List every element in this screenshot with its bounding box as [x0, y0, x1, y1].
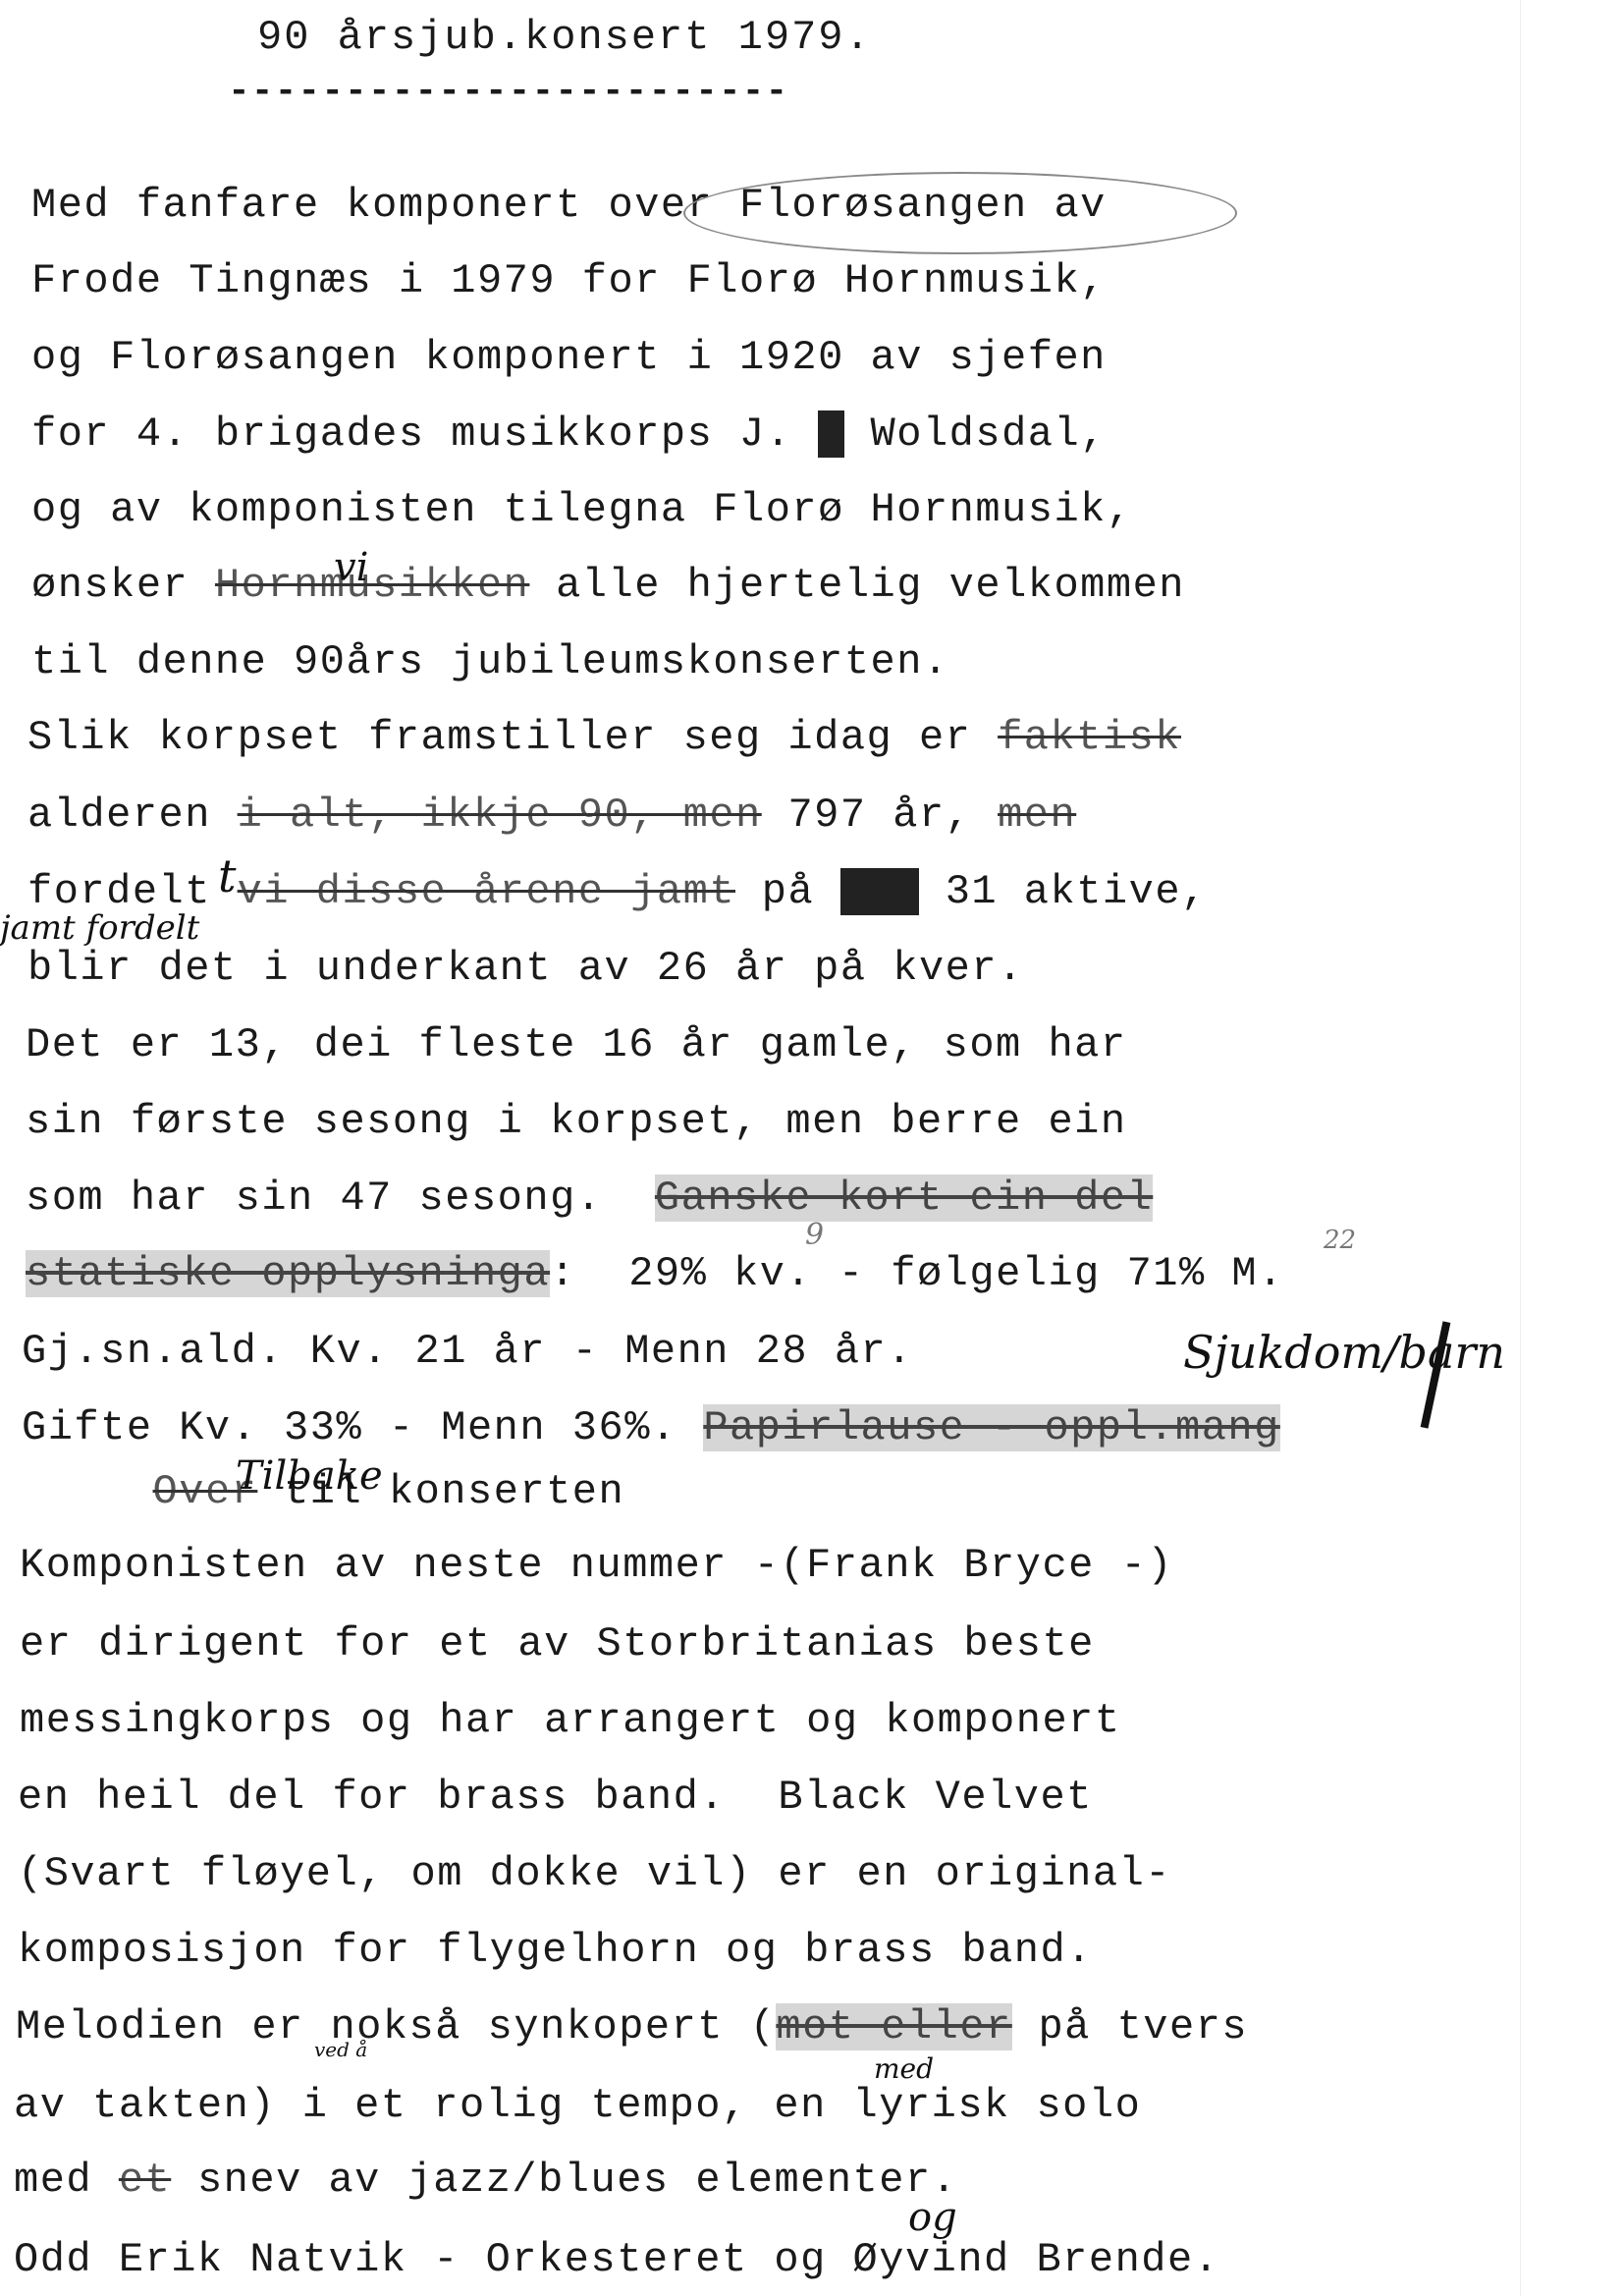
circled-phrase-annotation — [683, 172, 1237, 254]
typed-line: Frode Tingnæs i 1979 for Florø Hornmusik… — [31, 257, 1107, 304]
typed-line: av takten) i et rolig tempo, en lyrisk s… — [14, 2082, 1141, 2129]
text-segment: Gj.sn.ald. Kv. 21 år - Menn 28 år. — [22, 1328, 913, 1375]
smudged-text: Papirlause - oppl.mang — [703, 1404, 1280, 1451]
text-segment: som har sin 47 sesong. — [26, 1175, 655, 1222]
typed-line: er dirigent for et av Storbritanias best… — [20, 1620, 1095, 1667]
struck-text: Hornmusikken — [215, 562, 529, 609]
text-segment: Frode Tingnæs i 1979 for Florø Hornmusik… — [31, 257, 1107, 304]
text-segment: blir det i underkant av 26 år på kver. — [27, 945, 1024, 992]
text-segment: Gifte Kv. 33% - Menn 36%. — [22, 1404, 703, 1451]
typed-line: alderen i alt, ikkje 90, men 797 år, men — [27, 792, 1076, 839]
struck-text: faktisk — [998, 714, 1181, 761]
handwritten-twenty-two: 22 — [1324, 1226, 1356, 1255]
text-segment: 797 år, — [762, 792, 998, 839]
text-segment: Det er 13, dei fleste 16 år gamle, som h… — [26, 1021, 1127, 1068]
text-segment: Woldsdal, — [844, 410, 1107, 458]
text-segment: (Svart fløyel, om dokke vil) er en origi… — [18, 1850, 1171, 1897]
typed-line: (Svart fløyel, om dokke vil) er en origi… — [18, 1850, 1171, 1897]
text-segment: : 29% kv. - følgelig 71% M. — [550, 1250, 1284, 1297]
document-title: 90 årsjub.konsert 1979. — [257, 14, 872, 61]
text-segment: alle hjertelig velkommen — [529, 562, 1185, 609]
text-segment: sin første sesong i korpset, men berre e… — [26, 1098, 1127, 1145]
typed-line: og Florøsangen komponert i 1920 av sjefe… — [31, 334, 1107, 381]
text-segment: er dirigent for et av Storbritanias best… — [20, 1620, 1095, 1667]
typed-line: Gifte Kv. 33% - Menn 36%. Papirlause - o… — [22, 1404, 1280, 1451]
handwritten-vi: vi — [334, 545, 368, 590]
blotted-text: M — [818, 410, 844, 458]
text-segment: og av komponisten tilegna Florø Hornmusi… — [31, 486, 1133, 533]
text-segment: ønsker — [31, 562, 215, 609]
typed-line: blir det i underkant av 26 år på kver. — [27, 945, 1024, 992]
page-edge — [1520, 0, 1521, 2296]
typed-line: Slik korpset framstiller seg idag er fak… — [27, 714, 1181, 761]
text-segment: Komponisten av neste nummer -(Frank Bryc… — [20, 1542, 1173, 1589]
typed-line: fordelt vi disse årene jamt på dei 31 ak… — [27, 868, 1208, 915]
handwritten-nine: 9 — [805, 1218, 824, 1252]
struck-text: vi disse årene jamt — [238, 868, 735, 915]
typed-line: Odd Erik Natvik - Orkesteret og Øyvind B… — [14, 2236, 1219, 2283]
handwritten-tilbake: Tilbake — [236, 1453, 383, 1499]
text-segment: med — [14, 2157, 119, 2204]
text-segment: 31 aktive, — [919, 868, 1208, 915]
typed-line: en heil del for brass band. Black Velvet — [18, 1774, 1093, 1821]
smudged-text: Ganske kort ein del — [655, 1175, 1153, 1222]
text-segment: for 4. brigades musikkorps J. — [31, 410, 818, 458]
struck-text: et — [119, 2157, 171, 2204]
smudged-text: statiske opplysninga — [26, 1250, 550, 1297]
text-segment: en heil del for brass band. Black Velvet — [18, 1774, 1093, 1821]
handwritten-med: med — [874, 2052, 934, 2085]
handwritten-t: t — [218, 849, 237, 902]
text-segment: på — [735, 868, 840, 915]
text-segment — [22, 1468, 153, 1515]
text-segment: snev av jazz/blues elementer. — [171, 2157, 957, 2204]
text-segment: på tvers — [1012, 2003, 1248, 2050]
typed-line: med et snev av jazz/blues elementer. — [14, 2157, 957, 2204]
text-segment: alderen — [27, 792, 238, 839]
typed-line: Gj.sn.ald. Kv. 21 år - Menn 28 år. — [22, 1328, 913, 1375]
smudged-text: mot eller — [776, 2003, 1011, 2050]
typed-line: som har sin 47 sesong. Ganske kort ein d… — [26, 1175, 1153, 1222]
struck-text: men — [998, 792, 1076, 839]
text-segment: og Florøsangen komponert i 1920 av sjefe… — [31, 334, 1107, 381]
text-segment: Melodien er nokså synkopert ( — [16, 2003, 776, 2050]
text-segment: til denne 90års jubileumskonserten. — [31, 638, 949, 685]
handwritten-og-correction: og — [908, 2195, 957, 2240]
typed-line: Melodien er nokså synkopert (mot eller p… — [16, 2003, 1248, 2050]
typed-line: til denne 90års jubileumskonserten. — [31, 638, 949, 685]
typed-line: Det er 13, dei fleste 16 år gamle, som h… — [26, 1021, 1127, 1068]
typed-line: statiske opplysninga: 29% kv. - følgelig… — [26, 1250, 1284, 1297]
title-underline: ------------------------ — [228, 71, 788, 113]
typed-line: Komponisten av neste nummer -(Frank Bryc… — [20, 1542, 1173, 1589]
handwritten-sjukdom-barn: Sjukdom/barn — [1183, 1326, 1505, 1379]
typed-line: sin første sesong i korpset, men berre e… — [26, 1098, 1127, 1145]
text-segment: Med fanfare komponert — [31, 182, 609, 229]
typed-line: ønsker Hornmusikken alle hjertelig velko… — [31, 562, 1185, 609]
text-segment: Slik korpset framstiller seg idag er — [27, 714, 998, 761]
text-segment: messingkorps og har arrangert og kompone… — [20, 1697, 1121, 1744]
blotted-text: dei — [840, 868, 919, 915]
handwritten-ved-a: ved å — [314, 2038, 367, 2061]
typed-line: messingkorps og har arrangert og kompone… — [20, 1697, 1121, 1744]
text-segment: komposisjon for flygelhorn og brass band… — [18, 1927, 1093, 1974]
typed-line: for 4. brigades musikkorps J. M Woldsdal… — [31, 410, 1107, 458]
struck-text: i alt, ikkje 90, men — [238, 792, 762, 839]
text-segment: av takten) i et rolig tempo, en lyrisk s… — [14, 2082, 1141, 2129]
handwritten-jamt-fordelt: jamt fordelt — [0, 908, 199, 948]
typed-line: komposisjon for flygelhorn og brass band… — [18, 1927, 1093, 1974]
typed-line: og av komponisten tilegna Florø Hornmusi… — [31, 486, 1133, 533]
text-segment: Odd Erik Natvik - Orkesteret og Øyvind B… — [14, 2236, 1219, 2283]
